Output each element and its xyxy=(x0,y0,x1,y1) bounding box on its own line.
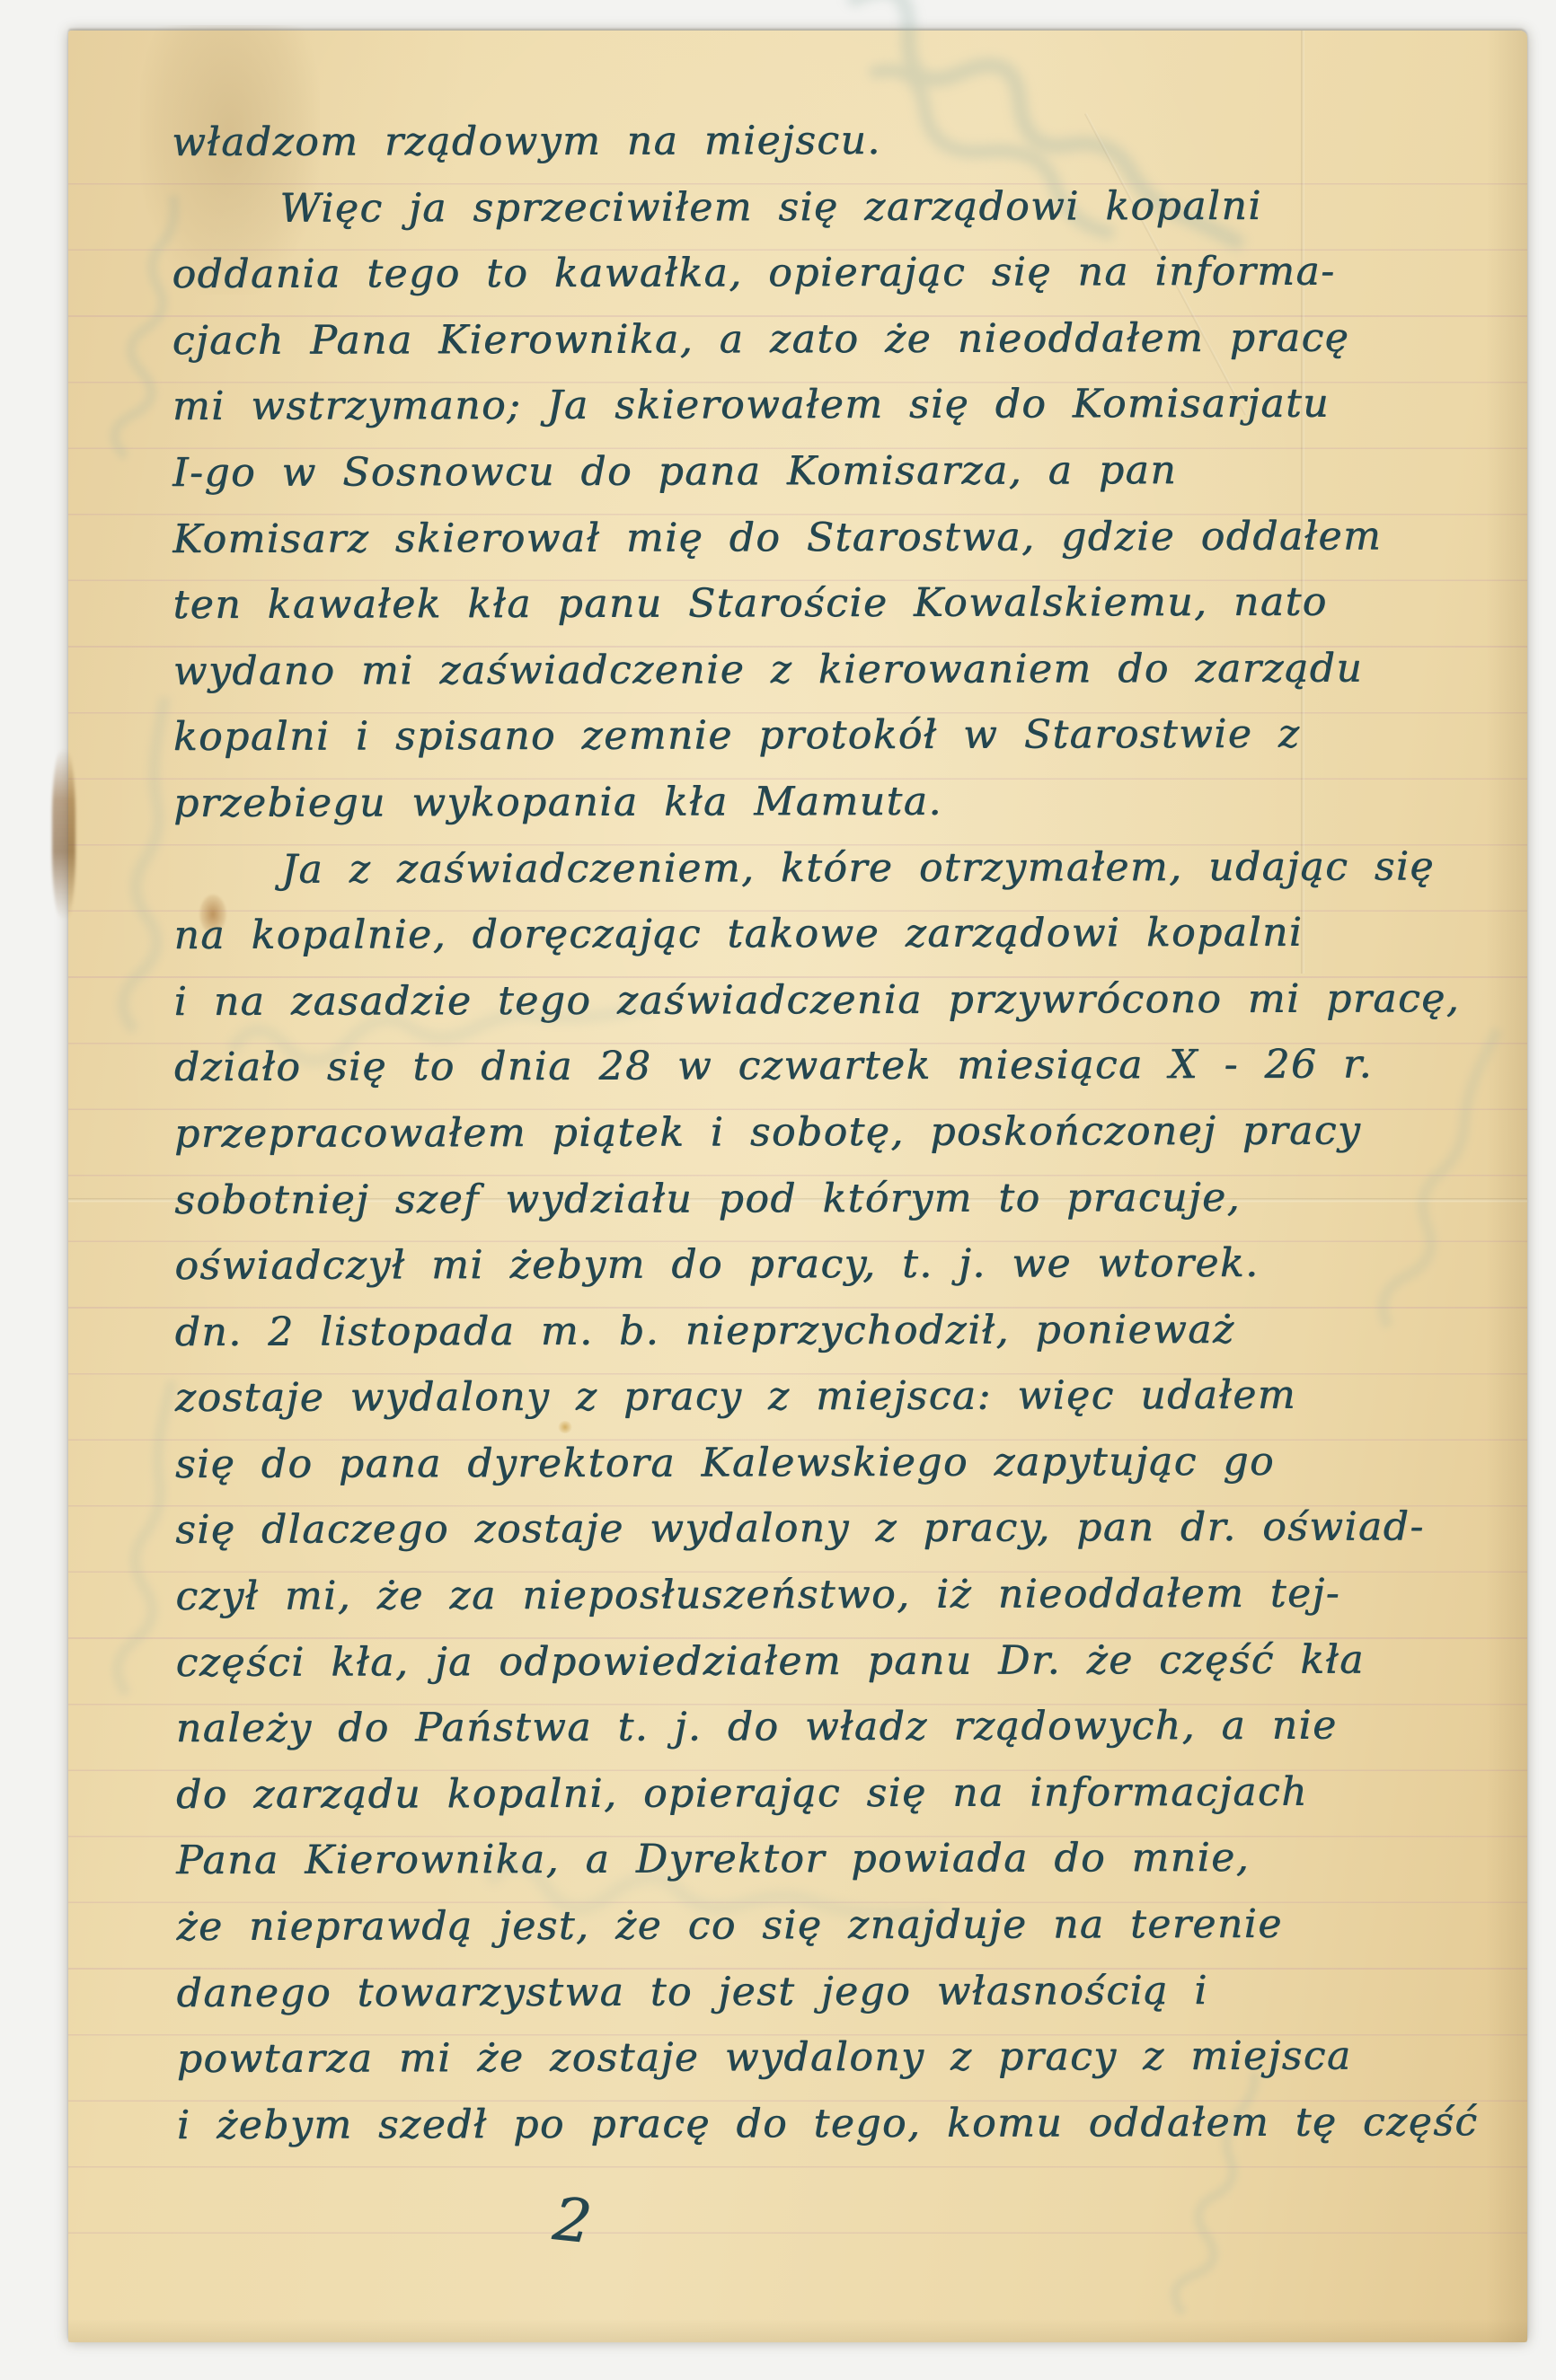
handwriting-line: Ja z zaświadczeniem, które otrzymałem, u… xyxy=(173,833,1514,903)
edge-stain xyxy=(52,749,75,920)
handwriting-line: czył mi, że za nieposłuszeństwo, iż nieo… xyxy=(175,1560,1516,1629)
letter-page: władzom rządowym na miejscu.Więc ja sprz… xyxy=(68,31,1527,2342)
handwriting-line: dn. 2 listopada m. b. nieprzychodził, po… xyxy=(174,1296,1515,1365)
page-number-mark: 2 xyxy=(550,2184,595,2257)
handwriting-line: sobotniej szef wydziału pod którym to pr… xyxy=(174,1164,1515,1233)
handwriting-line: powtarza mi że zostaje wydalony z pracy … xyxy=(177,2023,1517,2092)
handwriting-line: do zarządu kopalni, opierając się na inf… xyxy=(176,1759,1516,1828)
handwriting-line: oświadczył mi żebym do pracy, t. j. we w… xyxy=(174,1230,1515,1299)
letter-body: władzom rządowym na miejscu.Więc ja sprz… xyxy=(172,106,1517,2158)
paper-edge-shadow xyxy=(68,2319,1527,2342)
handwriting-line: kopalni i spisano zemnie protokół w Star… xyxy=(173,701,1514,770)
handwriting-line: władzom rządowym na miejscu. xyxy=(172,106,1512,175)
handwriting-line: i żebym szedł po pracę do tego, komu odd… xyxy=(177,2089,1517,2158)
handwriting-line: na kopalnie, doręczając takowe zarządowi… xyxy=(173,899,1514,968)
handwriting-line: przebiegu wykopania kła Mamuta. xyxy=(173,767,1514,836)
handwriting-line: danego towarzystwa to jest jego własnośc… xyxy=(176,1957,1516,2026)
handwriting-line: Komisarz skierował mię do Starostwa, gdz… xyxy=(172,503,1513,572)
handwriting-line: mi wstrzymano; Ja skierowałem się do Kom… xyxy=(172,370,1513,439)
handwriting-line: przepracowałem piątek i sobotę, poskończ… xyxy=(174,1097,1515,1167)
handwriting-line: należy do Państwa t. j. do władz rządowy… xyxy=(176,1692,1516,1761)
handwriting-line: wydano mi zaświadczenie z kierowaniem do… xyxy=(173,635,1514,704)
handwriting-line: cjach Pana Kierownika, a zato że nieodda… xyxy=(172,304,1513,374)
handwriting-line: Więc ja sprzeciwiłem się zarządowi kopal… xyxy=(172,172,1512,242)
handwriting-line: oddania tego to kawałka, opierając się n… xyxy=(172,238,1512,307)
handwriting-line: i na zasadzie tego zaświadczenia przywró… xyxy=(174,965,1515,1035)
handwriting-line: części kła, ja odpowiedziałem panu Dr. ż… xyxy=(175,1626,1516,1696)
handwriting-line: się dlaczego zostaje wydalony z pracy, p… xyxy=(175,1494,1516,1564)
handwriting-line: Pana Kierownika, a Dyrektor powiada do m… xyxy=(176,1824,1516,1893)
scan-background: władzom rządowym na miejscu.Więc ja sprz… xyxy=(0,0,1556,2380)
handwriting-line: ten kawałek kła panu Staroście Kowalskie… xyxy=(172,569,1513,638)
handwriting-line: działo się to dnia 28 w czwartek miesiąc… xyxy=(174,1031,1515,1100)
handwriting-line: zostaje wydalony z pracy z miejsca: więc… xyxy=(175,1362,1516,1431)
handwriting-line: się do pana dyrektora Kalewskiego zapytu… xyxy=(175,1428,1516,1497)
handwriting-line: że nieprawdą jest, że co się znajduje na… xyxy=(176,1891,1516,1960)
handwriting-line: I-go w Sosnowcu do pana Komisarza, a pan xyxy=(172,436,1513,506)
